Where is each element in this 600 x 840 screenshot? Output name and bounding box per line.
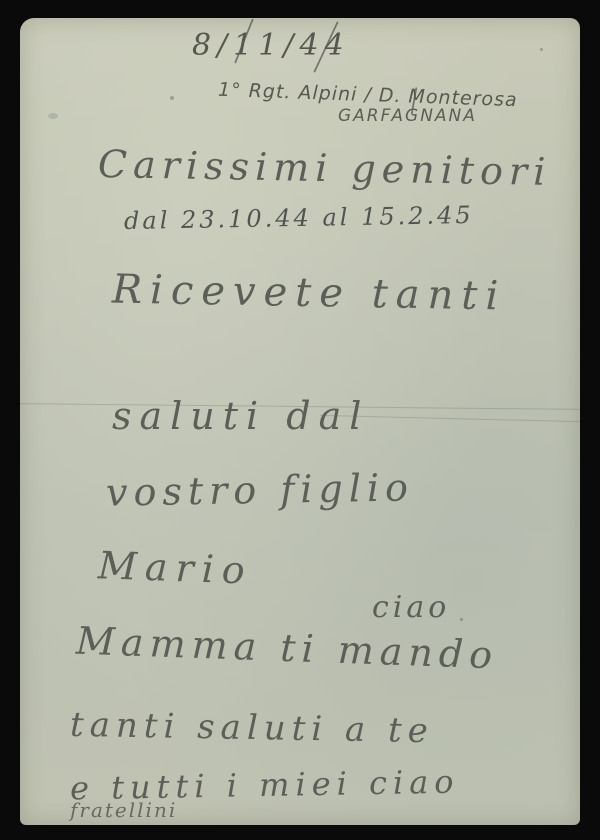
unit-location: GARFAGNANA <box>338 106 477 126</box>
letter-line: tanti saluti a te <box>70 705 435 751</box>
letter-line: Ricevete tanti <box>112 267 507 320</box>
postcard: 8/11/44 1° Rgt. Alpini / D. Monterosa GA… <box>20 18 580 825</box>
signature-name: Mario <box>97 543 253 592</box>
header-date: 8/11/44 <box>192 28 350 63</box>
letter-line: vostro figlio <box>106 465 415 514</box>
letter-line: Mamma ti mando <box>75 619 499 678</box>
letter-line: fratellini <box>70 798 177 822</box>
ink-spot <box>460 618 463 621</box>
greeting: Carissimi genitori <box>98 142 552 194</box>
service-period: dal 23.10.44 al 15.2.45 <box>124 201 474 235</box>
letter-line: saluti dal <box>112 394 369 438</box>
ink-spot <box>170 96 174 100</box>
ink-spot <box>48 113 58 119</box>
letter-line: ciao <box>372 590 450 625</box>
ink-spot <box>540 48 543 51</box>
